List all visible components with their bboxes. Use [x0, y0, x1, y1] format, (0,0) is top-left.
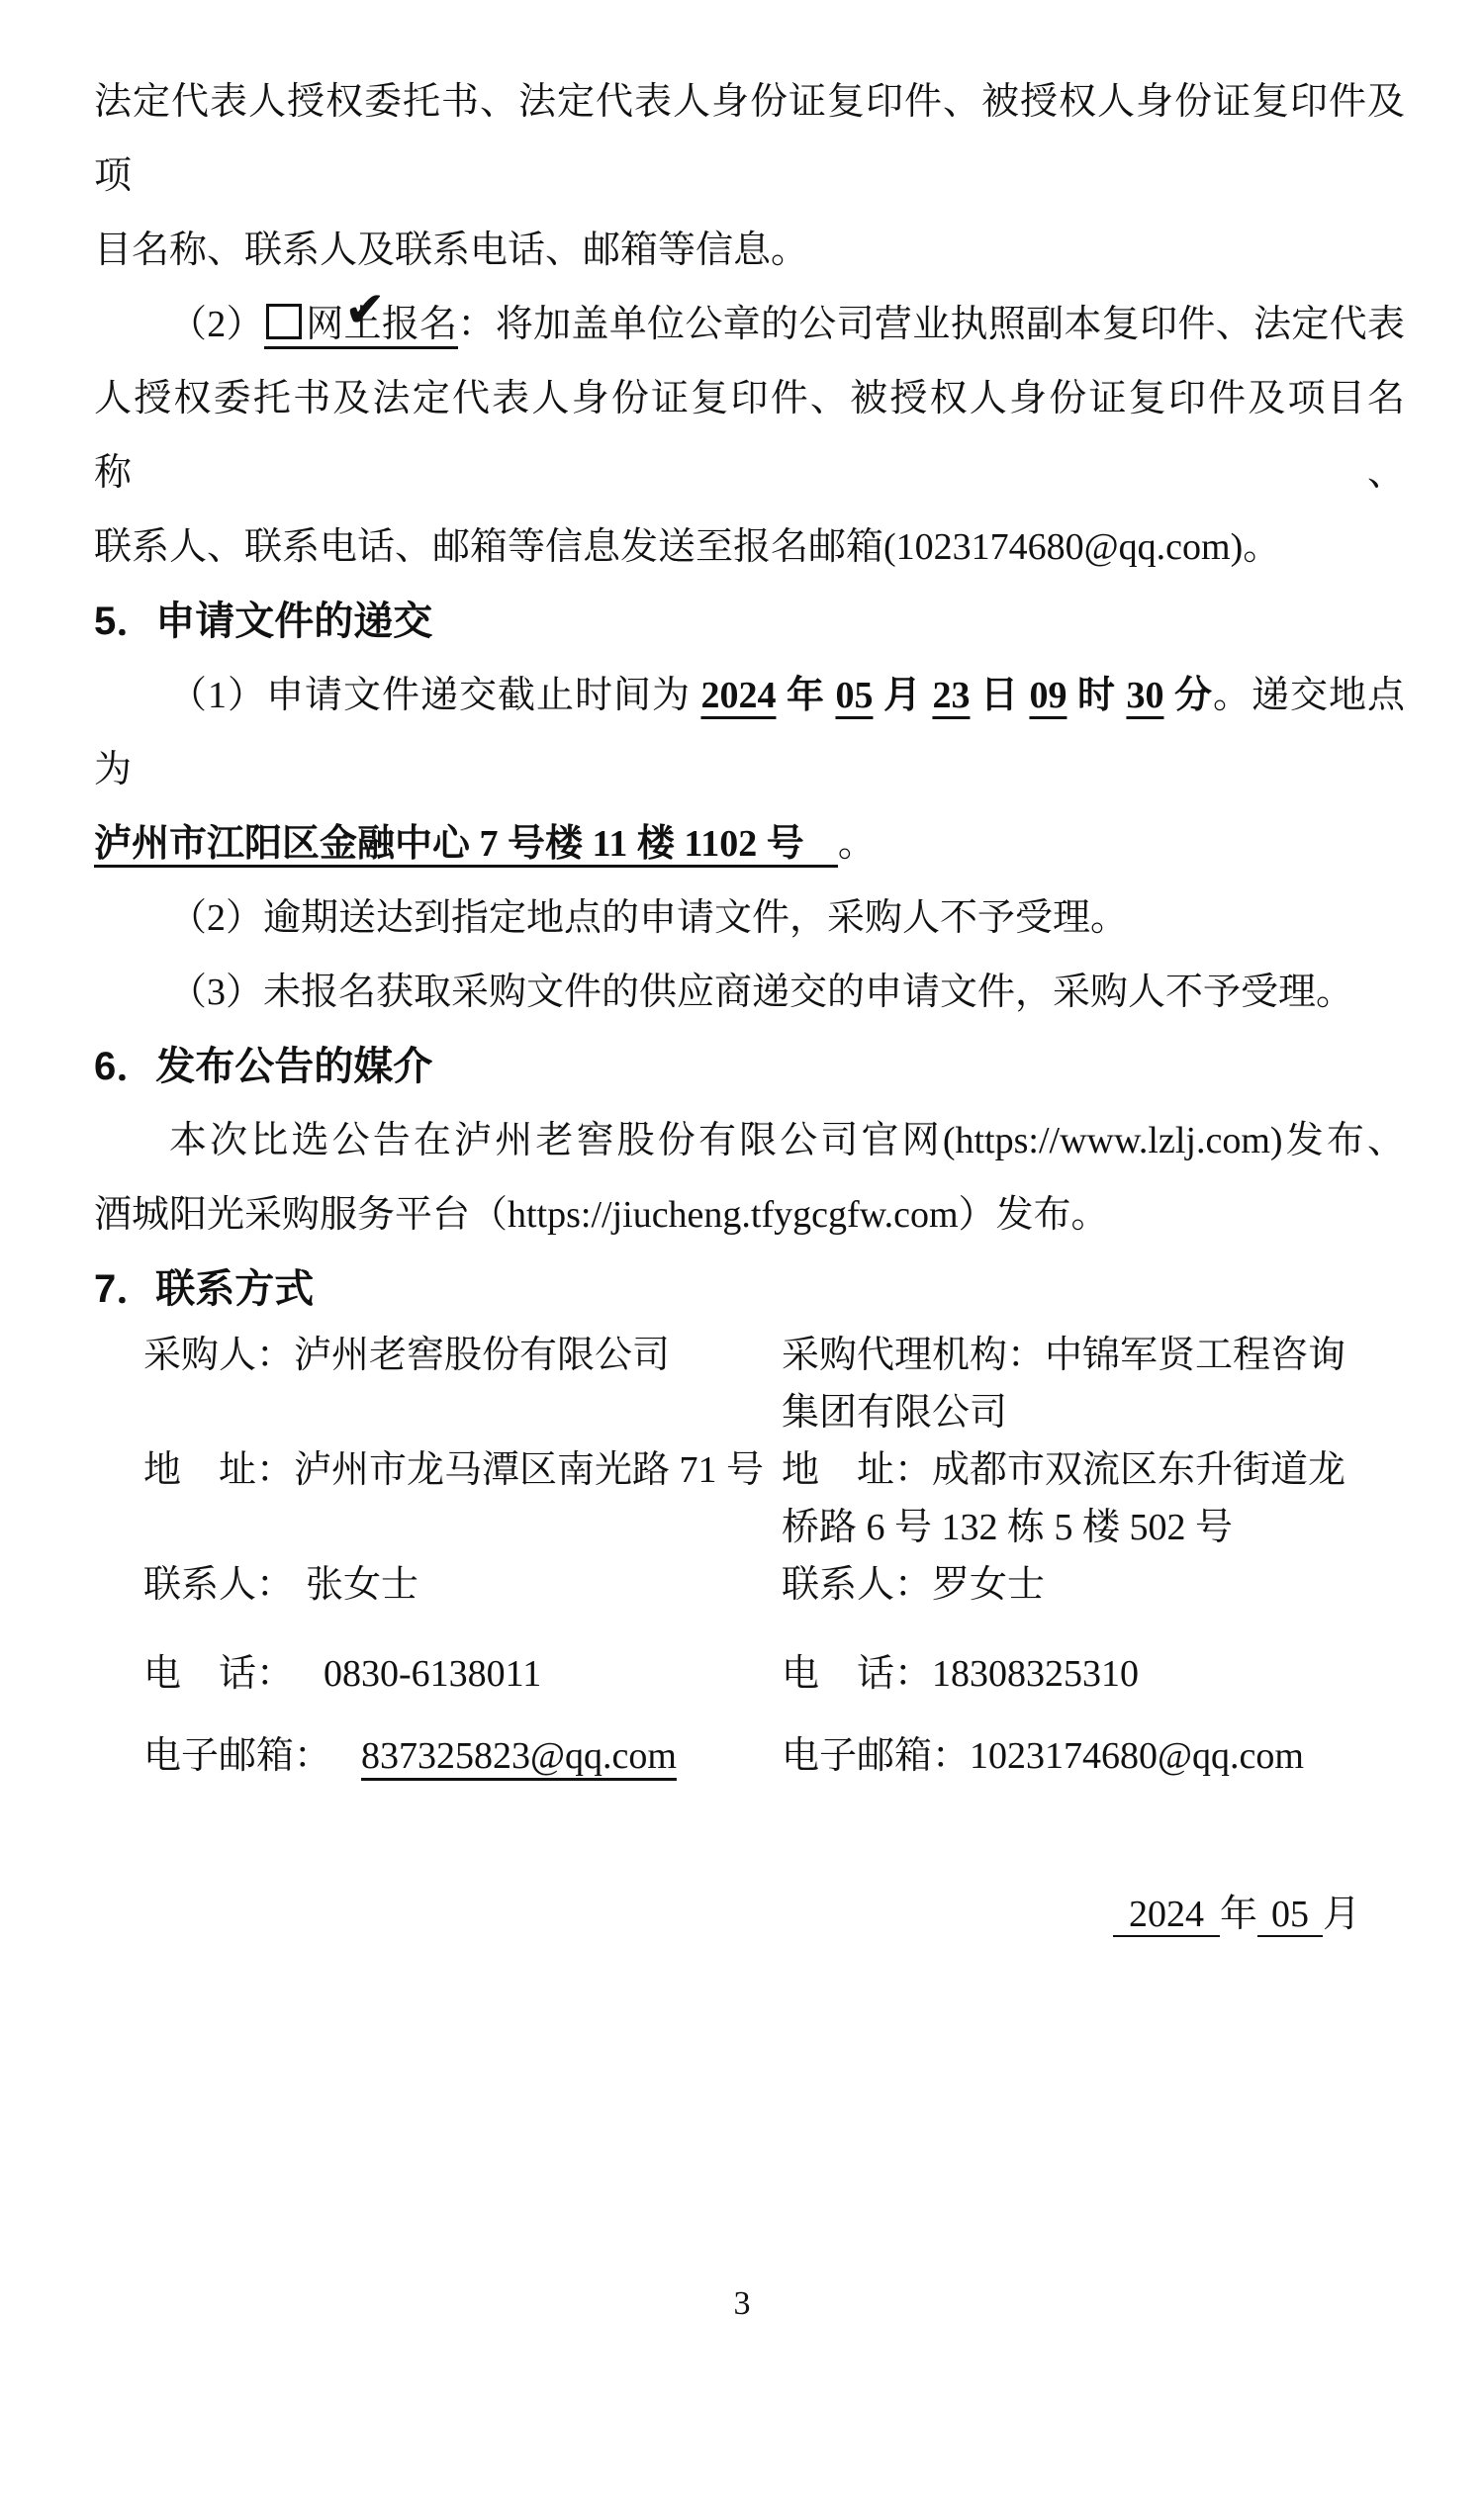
buyer-address-value: 泸州市龙马潭区南光路 71 号 [294, 1449, 764, 1491]
contact-row-phone: 电 话：0830-6138011 电 话：18308325310 [143, 1645, 1405, 1703]
agency-name-line2: 集团有限公司 [782, 1392, 1007, 1434]
agency-address-label: 地 址： [782, 1449, 932, 1491]
buyer-phone-value: 0830-6138011 [294, 1653, 541, 1695]
section6-heading: 6．发布公告的媒介 [94, 1030, 1405, 1104]
s5i1-address: 泸州市江阳区金融中心 7 号楼 11 楼 1102 号 [94, 823, 838, 868]
section6-line1-text: 本次比选公告在泸州老窖股份有限公司官网(https://www.lzlj.com… [169, 1120, 1405, 1161]
s5i1-minute: 30 [1126, 675, 1163, 716]
contact-row-person: 联系人：张女士 联系人：罗女士 [143, 1556, 1405, 1614]
signature-date-line: 2024年05月 [94, 1878, 1405, 1952]
agency-name-label: 采购代理机构： [782, 1335, 1045, 1376]
s5i1-month: 05 [835, 675, 873, 716]
online-signup-line2-text: 人授权委托书及法定代表人身份证复印件、被授权人身份证复印件及项目名称、 [94, 378, 1405, 494]
section5-item2-text: （2）逾期送达到指定地点的申请文件，采购人不予受理。 [169, 897, 1128, 939]
s5i1-minute-unit: 分 [1163, 675, 1213, 716]
buyer-phone-cell: 电 话：0830-6138011 [143, 1645, 782, 1703]
buyer-phone-label: 电 话： [143, 1653, 294, 1695]
section5-heading: 5．申请文件的递交 [94, 585, 1405, 659]
buyer-email-label: 电子邮箱： [143, 1735, 331, 1777]
intro-tail-line2-text: 目名称、联系人及联系电话、邮箱等信息。 [94, 230, 808, 271]
s5i1-day: 23 [932, 675, 970, 716]
agency-phone-value: 18308325310 [932, 1653, 1139, 1695]
section7-heading: 7．联系方式 [94, 1252, 1405, 1327]
buyer-address-cell: 地 址：泸州市龙马潭区南光路 71 号 [143, 1441, 782, 1556]
section5-item1-line1: （1）申请文件递交截止时间为 2024 年 05 月 23 日 09 时 30 … [94, 659, 1405, 807]
agency-contact-label: 联系人： [782, 1564, 932, 1606]
agency-contact-cell: 联系人：罗女士 [782, 1556, 1405, 1614]
date-year: 2024 [1113, 1894, 1220, 1937]
s5i1-address-tail: 。 [838, 823, 876, 865]
agency-email-cell: 电子邮箱：1023174680@qq.com [782, 1727, 1405, 1785]
checked-checkbox-icon: ✔ [266, 304, 302, 339]
intro-tail-line1: 法定代表人授权委托书、法定代表人身份证复印件、被授权人身份证复印件及项 [94, 65, 1405, 214]
document-page: 法定代表人授权委托书、法定代表人身份证复印件、被授权人身份证复印件及项 目名称、… [0, 0, 1484, 2501]
date-year-unit: 年 [1220, 1894, 1257, 1935]
page-number: 3 [0, 2285, 1484, 2323]
online-signup-numbering: （2） [169, 304, 264, 345]
section6-line2: 酒城阳光采购服务平台（https://jiucheng.tfygcgfw.com… [94, 1178, 1405, 1252]
online-signup-line1: （2）✔网上报名：将加盖单位公章的公司营业执照副本复印件、法定代表 [94, 288, 1405, 362]
agency-email-value: 1023174680@qq.com [970, 1735, 1304, 1777]
agency-address-cell: 地 址：成都市双流区东升街道龙 桥路 6 号 132 栋 5 楼 502 号 [782, 1441, 1405, 1556]
online-signup-underlined: ✔网上报名 [264, 304, 458, 349]
agency-name-line1: 中锦军贤工程咨询 [1045, 1335, 1345, 1376]
content-area: 法定代表人授权委托书、法定代表人身份证复印件、被授权人身份证复印件及项 目名称、… [0, 0, 1484, 1952]
agency-address-line2: 桥路 6 号 132 栋 5 楼 502 号 [782, 1507, 1233, 1548]
contact-row-name: 采购人：泸州老窖股份有限公司 采购代理机构：中锦军贤工程咨询 集团有限公司 [143, 1327, 1405, 1441]
online-signup-colon: ： [458, 304, 496, 345]
buyer-address-label: 地 址： [143, 1449, 294, 1491]
date-month-unit: 月 [1323, 1894, 1360, 1935]
date-month: 05 [1257, 1894, 1323, 1937]
section5-item3-text: （3）未报名获取采购文件的供应商递交的申请文件，采购人不予受理。 [169, 972, 1353, 1013]
agency-contact-value: 罗女士 [932, 1564, 1045, 1606]
s5i1-month-unit: 月 [873, 675, 932, 716]
buyer-contact-label: 联系人： [143, 1564, 294, 1606]
agency-phone-cell: 电 话：18308325310 [782, 1645, 1405, 1703]
agency-address-line1: 成都市双流区东升街道龙 [932, 1449, 1345, 1491]
contact-table: 采购人：泸州老窖股份有限公司 采购代理机构：中锦军贤工程咨询 集团有限公司 地 … [94, 1327, 1405, 1785]
buyer-email-cell: 电子邮箱：837325823@qq.com [143, 1727, 782, 1785]
section6-line1: 本次比选公告在泸州老窖股份有限公司官网(https://www.lzlj.com… [94, 1104, 1405, 1178]
s5i1-hour-unit: 时 [1067, 675, 1126, 716]
agency-name-cell: 采购代理机构：中锦军贤工程咨询 集团有限公司 [782, 1327, 1405, 1441]
buyer-name-value: 泸州老窖股份有限公司 [294, 1335, 670, 1376]
agency-email-label: 电子邮箱： [782, 1735, 970, 1777]
online-signup-line3-text: 联系人、联系电话、邮箱等信息发送至报名邮箱(1023174680@qq.com)… [94, 526, 1280, 568]
buyer-name-label: 采购人： [143, 1335, 294, 1376]
s5i1-pre: （1）申请文件递交截止时间为 [169, 675, 700, 716]
section6-line2-text: 酒城阳光采购服务平台（https://jiucheng.tfygcgfw.com… [94, 1194, 1109, 1236]
checkmark-icon: ✔ [269, 285, 386, 334]
buyer-contact-value: 张女士 [294, 1564, 418, 1606]
online-signup-line3: 联系人、联系电话、邮箱等信息发送至报名邮箱(1023174680@qq.com)… [94, 510, 1405, 585]
agency-phone-label: 电 话： [782, 1653, 932, 1695]
buyer-email-value: 837325823@qq.com [331, 1735, 677, 1777]
intro-tail-line2: 目名称、联系人及联系电话、邮箱等信息。 [94, 214, 1405, 288]
section5-item2: （2）逾期送达到指定地点的申请文件，采购人不予受理。 [94, 881, 1405, 956]
contact-row-address: 地 址：泸州市龙马潭区南光路 71 号 地 址：成都市双流区东升街道龙 桥路 6… [143, 1441, 1405, 1556]
buyer-contact-cell: 联系人：张女士 [143, 1556, 782, 1614]
intro-tail-line1-text: 法定代表人授权委托书、法定代表人身份证复印件、被授权人身份证复印件及项 [94, 81, 1405, 197]
s5i1-hour: 09 [1029, 675, 1067, 716]
online-signup-line2: 人授权委托书及法定代表人身份证复印件、被授权人身份证复印件及项目名称、 [94, 362, 1405, 510]
s5i1-year-unit: 年 [776, 675, 835, 716]
s5i1-day-unit: 日 [970, 675, 1029, 716]
section5-item3: （3）未报名获取采购文件的供应商递交的申请文件，采购人不予受理。 [94, 956, 1405, 1030]
s5i1-year: 2024 [700, 675, 776, 716]
online-signup-line1-rest: 将加盖单位公章的公司营业执照副本复印件、法定代表 [496, 304, 1405, 345]
section5-item1-line2: 泸州市江阳区金融中心 7 号楼 11 楼 1102 号。 [94, 807, 1405, 881]
buyer-name-cell: 采购人：泸州老窖股份有限公司 [143, 1327, 782, 1441]
contact-row-email: 电子邮箱：837325823@qq.com 电子邮箱：1023174680@qq… [143, 1727, 1405, 1785]
